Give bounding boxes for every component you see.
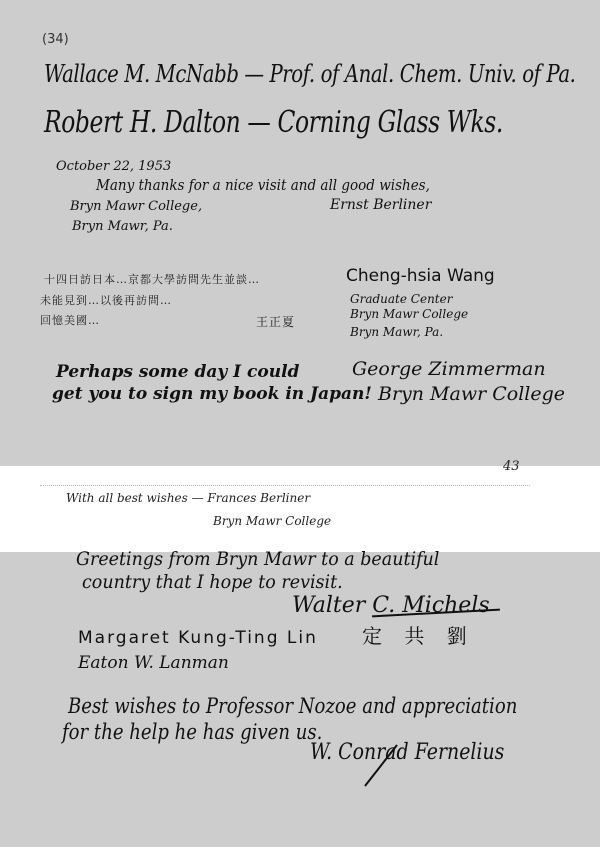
entry-message: Perhaps some day I could	[56, 364, 299, 381]
entry-message: for the help he has given us.	[62, 722, 322, 743]
signature-george-zimmerman: George Zimmerman	[352, 360, 546, 379]
autograph-page: (34) 43 Wallace M. McNabb — Prof. of Ana…	[0, 0, 600, 847]
entry-message: Many thanks for a nice visit and all goo…	[96, 178, 430, 193]
address-line: Bryn Mawr College	[350, 308, 468, 320]
entry-institution: Bryn Mawr College	[378, 385, 565, 404]
address-line: Graduate Center	[350, 293, 452, 305]
page-number: (34)	[42, 33, 69, 46]
chinese-text-line: 回憶美國…	[40, 312, 100, 328]
signature-cheng-hsia-wang: Cheng-hsia Wang	[346, 268, 495, 285]
entry-message: Greetings from Bryn Mawr to a beautiful	[76, 550, 439, 569]
signature-conrad-fernelius: W. Conrad Fernelius	[310, 742, 504, 764]
signature-ernst-berliner: Ernst Berliner	[330, 198, 431, 212]
entry-message: get you to sign my book in Japan!	[52, 386, 372, 403]
signature-lanman: Eaton W. Lanman	[78, 655, 229, 672]
address-line: Bryn Mawr, Pa.	[350, 326, 443, 338]
entry-message: Best wishes to Professor Nozoe and appre…	[68, 696, 517, 717]
chinese-text-line: 十四日訪日本…京都大學訪問先生並談…	[44, 271, 260, 287]
chinese-signature: 王正夏	[256, 313, 295, 330]
entry-institution: Bryn Mawr College	[213, 515, 331, 527]
signature-dalton: Robert H. Dalton — Corning Glass Wks.	[44, 108, 503, 138]
entry-date: October 22, 1953	[56, 160, 171, 173]
chinese-name: 定 共 劉	[362, 626, 475, 646]
entry-message: With all best wishes — Frances Berliner	[66, 492, 310, 504]
entry-message: country that I hope to revisit.	[82, 573, 343, 592]
signature-margaret-lin: Margaret Kung-Ting Lin	[78, 630, 318, 647]
entry-institution: Bryn Mawr College,	[70, 200, 202, 213]
strip-page-number: 43	[503, 460, 520, 473]
chinese-text-line: 未能見到…以後再訪問…	[40, 292, 172, 308]
pasted-white-strip	[0, 466, 600, 552]
entry-location: Bryn Mawr, Pa.	[72, 220, 173, 233]
strip-dotted-rule	[40, 485, 530, 486]
signature-mcnabb: Wallace M. McNabb — Prof. of Anal. Chem.…	[44, 62, 575, 86]
